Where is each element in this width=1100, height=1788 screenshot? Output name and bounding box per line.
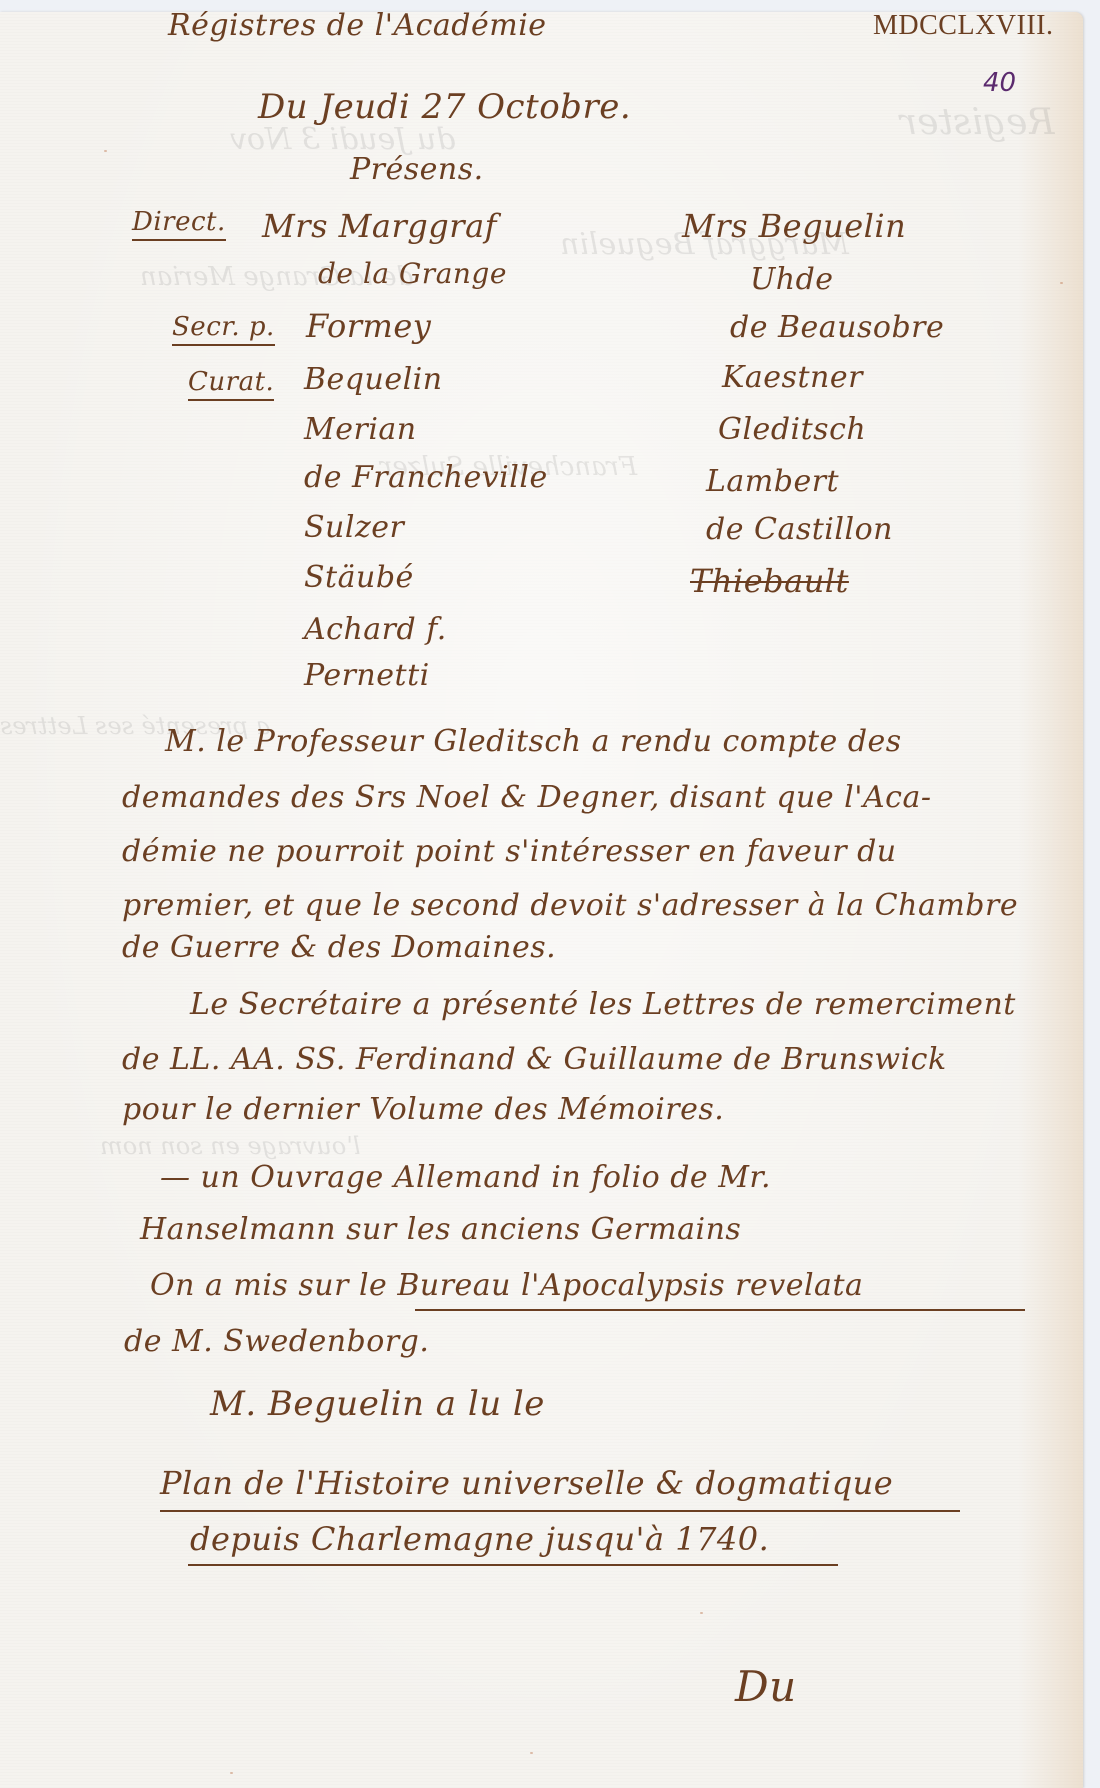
text-line: pour le dernier Volume des Mémoires. bbox=[122, 1092, 724, 1127]
text-line: Le Secrétaire a présenté les Lettres de … bbox=[190, 987, 1016, 1022]
text-line: de LL. AA. SS. Ferdinand & Guillaume de … bbox=[122, 1042, 947, 1077]
paper-speck bbox=[104, 150, 107, 152]
member-name: Stäubé bbox=[304, 560, 414, 595]
member-name: Uhde bbox=[750, 262, 834, 297]
year-roman-numeral: MDCCLXVIII. bbox=[873, 10, 1054, 42]
present-heading: Présens. bbox=[350, 152, 484, 187]
minutes-paragraph-reading: M. Beguelin a lu le bbox=[210, 1384, 545, 1424]
role-label-secretary: Secr. p. bbox=[172, 312, 275, 346]
signature-paraph: Du bbox=[735, 1662, 797, 1711]
role-label-curator: Curat. bbox=[188, 367, 274, 401]
paper-speck bbox=[700, 1612, 703, 1614]
member-name: de la Grange bbox=[318, 257, 507, 290]
member-name: Mrs Beguelin bbox=[682, 207, 906, 245]
text-line: premier, et que le second devoit s'adres… bbox=[122, 888, 1018, 923]
text-line: — un Ouvrage Allemand in folio de Mr. bbox=[160, 1160, 771, 1195]
register-title: Régistres de l'Académie bbox=[168, 8, 547, 43]
text-line: de M. Swedenborg. bbox=[124, 1324, 429, 1359]
paper-speck bbox=[530, 1752, 533, 1754]
text-line: On a mis sur le Bureau l'Apocalypsis rev… bbox=[150, 1268, 863, 1303]
text-line: Hanselmann sur les anciens Germains bbox=[140, 1212, 741, 1247]
session-date: Du Jeudi 27 Octobre. bbox=[258, 87, 631, 127]
member-name: Pernetti bbox=[304, 658, 430, 693]
member-name: Formey bbox=[306, 307, 431, 345]
member-name: de Francheville bbox=[304, 460, 548, 495]
member-name: Mrs Marggraf bbox=[262, 207, 497, 245]
member-name: Kaestner bbox=[722, 360, 863, 395]
member-name: Bequelin bbox=[304, 362, 443, 397]
underline-rule bbox=[188, 1564, 838, 1566]
text-line: depuis Charlemagne jusqu'à 1740. bbox=[190, 1520, 769, 1558]
manuscript-page: Register du Jeudi 3 Nov Marggraf Begueli… bbox=[0, 12, 1083, 1788]
member-name: Lambert bbox=[706, 464, 839, 499]
role-label-director: Direct. bbox=[132, 207, 226, 241]
member-name: Merian bbox=[304, 412, 417, 447]
text-line: demandes des Srs Noel & Degner, disant q… bbox=[122, 780, 932, 815]
member-name: Gleditsch bbox=[718, 412, 866, 447]
underline-rule bbox=[415, 1309, 1025, 1311]
paper-speck bbox=[1060, 282, 1063, 284]
member-name: de Castillon bbox=[706, 512, 893, 547]
text-line: M. le Professeur Gleditsch a rendu compt… bbox=[165, 724, 902, 759]
member-name: de Beausobre bbox=[730, 310, 944, 345]
bleed-through-text: Register bbox=[900, 102, 1054, 143]
member-name: Achard f. bbox=[304, 612, 447, 647]
member-name: Sulzer bbox=[304, 510, 404, 545]
member-name-struck: Thiebault bbox=[690, 562, 849, 600]
bleed-through-text: l'ouvrage en son nom bbox=[100, 1132, 361, 1160]
underline-rule bbox=[160, 1510, 960, 1512]
text-line: démie ne pourroit point s'intéresser en … bbox=[122, 834, 897, 869]
paper-speck bbox=[230, 1772, 233, 1774]
text-line: Plan de l'Histoire universelle & dogmati… bbox=[160, 1464, 893, 1502]
text-line: de Guerre & des Domaines. bbox=[122, 930, 556, 965]
folio-number: 40 bbox=[983, 68, 1016, 98]
